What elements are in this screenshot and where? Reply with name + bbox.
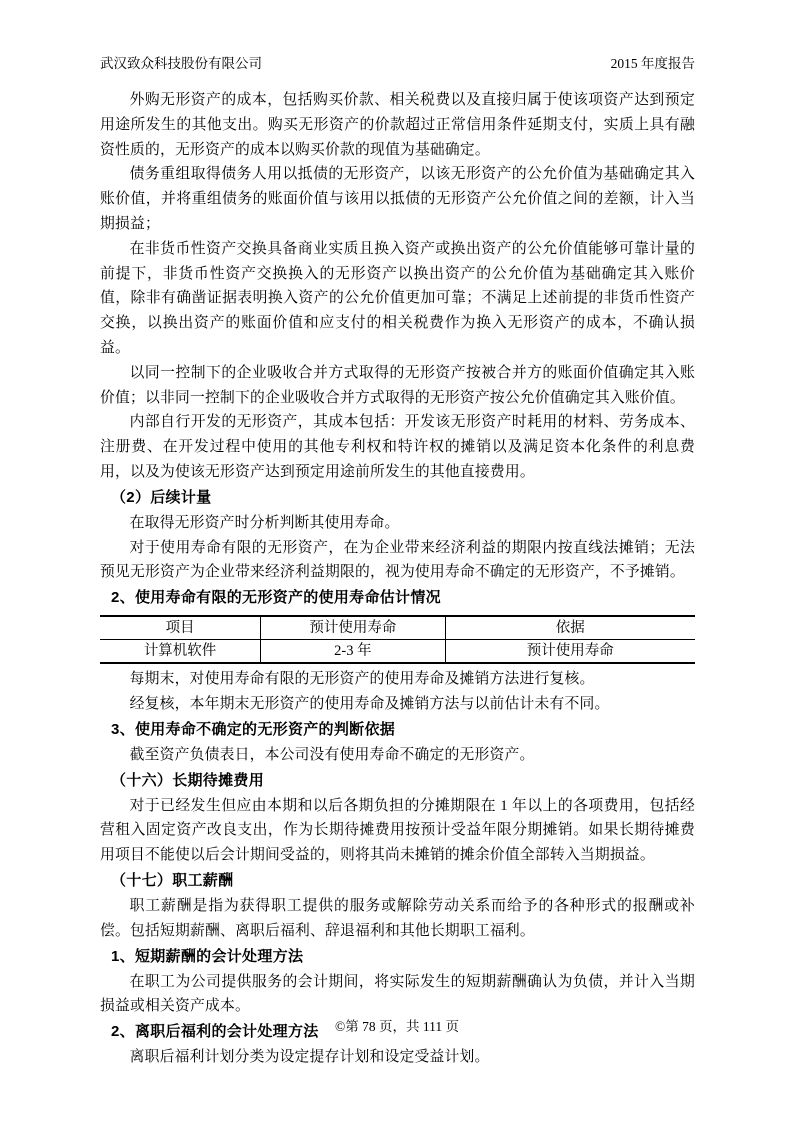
useful-life-table: 项目预计使用寿命依据计算机软件2-3 年预计使用寿命 — [100, 615, 695, 664]
paragraph: 以同一控制下的企业吸收合并方式取得的无形资产按被合并方的账面价值确定其入账价值；… — [100, 361, 695, 411]
report-title: 2015 年度报告 — [611, 55, 695, 73]
table-cell: 计算机软件 — [100, 640, 261, 664]
section-heading: （十六）长期待摊费用 — [100, 768, 695, 794]
page-footer: ©第 78 页，共 111 页 — [0, 1018, 794, 1036]
section-heading: 3、使用寿命不确定的无形资产的判断依据 — [100, 717, 695, 743]
page-header: 武汉致众科技股份有限公司 2015 年度报告 — [100, 55, 695, 73]
document-body: 外购无形资产的成本，包括购买价款、相关税费以及直接归属于使该项资产达到预定用途所… — [100, 88, 695, 1070]
company-name: 武汉致众科技股份有限公司 — [100, 55, 262, 73]
section-heading: （十七）职工薪酬 — [100, 868, 695, 894]
paragraph: 债务重组取得债务人用以抵债的无形资产，以该无形资产的公允价值为基础确定其入账价值… — [100, 162, 695, 236]
paragraph: 经复核，本年期末无形资产的使用寿命及摊销方法与以前估计未有不同。 — [100, 692, 695, 717]
paragraph: 外购无形资产的成本，包括购买价款、相关税费以及直接归属于使该项资产达到预定用途所… — [100, 88, 695, 162]
table-header-row: 项目预计使用寿命依据 — [100, 616, 695, 640]
table-cell: 预计使用寿命 — [445, 640, 695, 664]
paragraph: 离职后福利计划分类为设定提存计划和设定受益计划。 — [100, 1045, 695, 1070]
section-heading: 1、短期薪酬的会计处理方法 — [100, 944, 695, 970]
paragraph: 每期末，对使用寿命有限的无形资产的使用寿命及摊销方法进行复核。 — [100, 667, 695, 692]
table-cell: 2-3 年 — [261, 640, 445, 664]
section-heading: 2、使用寿命有限的无形资产的使用寿命估计情况 — [100, 585, 695, 611]
document-page: 武汉致众科技股份有限公司 2015 年度报告 外购无形资产的成本，包括购买价款、… — [0, 0, 794, 1123]
table-row: 计算机软件2-3 年预计使用寿命 — [100, 640, 695, 664]
paragraph: 对于使用寿命有限的无形资产，在为企业带来经济利益的期限内按直线法摊销；无法预见无… — [100, 536, 695, 586]
paragraph: 职工薪酬是指为获得职工提供的服务或解除劳动关系而给予的各种形式的报酬或补偿。包括… — [100, 894, 695, 944]
paragraph: 在取得无形资产时分析判断其使用寿命。 — [100, 511, 695, 536]
paragraph: 内部自行开发的无形资产，其成本包括：开发该无形资产时耗用的材料、劳务成本、注册费… — [100, 410, 695, 484]
paragraph: 在职工为公司提供服务的会计期间，将实际发生的短期薪酬确认为负债，并计入当期损益或… — [100, 970, 695, 1020]
table-header-cell: 预计使用寿命 — [261, 616, 445, 640]
paragraph: 在非货币性资产交换具备商业实质且换入资产或换出资产的公允价值能够可靠计量的前提下… — [100, 237, 695, 361]
table-header-cell: 项目 — [100, 616, 261, 640]
paragraph: 截至资产负债表日，本公司没有使用寿命不确定的无形资产。 — [100, 743, 695, 768]
table-header-cell: 依据 — [445, 616, 695, 640]
page-number: ©第 78 页，共 111 页 — [335, 1019, 459, 1034]
paragraph: 对于已经发生但应由本期和以后各期负担的分摊期限在 1 年以上的各项费用，包括经营… — [100, 794, 695, 868]
section-heading: （2）后续计量 — [100, 485, 695, 511]
